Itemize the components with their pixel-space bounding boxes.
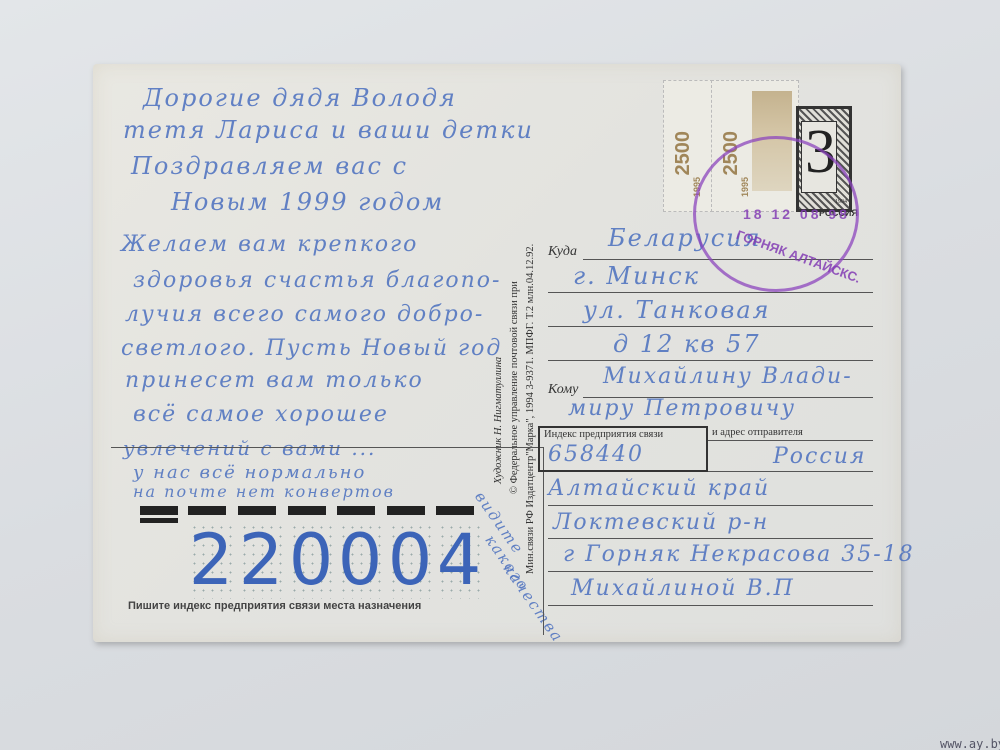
message-line: здоровья счастья благопо- <box>133 268 501 293</box>
message-line: Дорогие дядя Володя <box>143 84 457 112</box>
to-address-line: ул. Танковая <box>583 296 771 324</box>
watermark: www.ay.by <box>940 737 1000 750</box>
message-line: светлого. Пусть Новый год <box>121 336 502 361</box>
address-line <box>548 505 873 506</box>
sender-address-line: г Горняк Некрасова 35-18 <box>563 542 915 567</box>
message-line: принесет вам только <box>125 368 424 393</box>
index-guide-bar <box>188 506 226 515</box>
address-line <box>548 360 873 361</box>
index-digit: 0 <box>387 521 433 599</box>
sender-address-line: Локтевский р-н <box>553 510 769 535</box>
index-caption: Пишите индекс предприятия связи места на… <box>128 600 421 612</box>
index-digit: 2 <box>188 521 234 599</box>
message-line: тетя Лариса и ваши детки <box>123 116 534 144</box>
message-line: увлечений с вами ... <box>123 436 376 460</box>
sender-index-label: Индекс предприятия связи <box>544 429 663 440</box>
index-guide-bar <box>238 506 276 515</box>
message-line: Новым 1999 годом <box>171 188 444 216</box>
sender-address-label: и адрес отправителя <box>712 427 803 438</box>
address-line <box>548 538 873 539</box>
to-label: Куда <box>548 244 577 260</box>
sender-index: 658440 <box>548 442 644 467</box>
message-line: Желаем вам крепкого <box>121 232 418 257</box>
address-line <box>548 605 873 606</box>
message-line: у нас всё нормально <box>133 462 366 483</box>
index-guide-bar <box>140 518 178 523</box>
sender-address-line: Алтайский край <box>548 476 770 501</box>
index-digit: 0 <box>337 521 383 599</box>
recipient-name-line: миру Петровичу <box>568 396 796 421</box>
copyright-line: © Федеральное управление почтовой связи … <box>509 281 520 494</box>
address-line <box>548 571 873 572</box>
index-guide-bar <box>288 506 326 515</box>
index-digit: 0 <box>288 521 334 599</box>
index-guide-bar <box>337 506 375 515</box>
address-line <box>708 471 873 472</box>
index-guide-bar <box>140 506 178 515</box>
to-address-line: д 12 кв 57 <box>613 330 760 358</box>
message-line: лучия всего самого добро- <box>125 302 484 327</box>
sender-address-line: Россия <box>773 444 866 469</box>
message-line: на почте нет конвертов <box>133 482 395 501</box>
message-line: Поздравляем вас с <box>131 152 408 180</box>
index-digit: 2 <box>238 521 284 599</box>
address-line <box>548 326 873 327</box>
index-guide-bar <box>436 506 474 515</box>
publisher-line: Мин.связи РФ Издатцентр"Марка", 1994 3-9… <box>525 244 536 574</box>
postmark-date: 18 12 08 98 <box>743 206 850 222</box>
recipient-name-line: Михайлину Влади- <box>603 364 853 389</box>
artist-credit: Художник Н. Нигматуллина <box>493 357 504 484</box>
frame-line <box>543 447 544 635</box>
address-line <box>708 440 873 441</box>
frame-line <box>111 447 543 448</box>
index-guide-bar <box>387 506 425 515</box>
message-line: всё самое хорошее <box>133 402 389 427</box>
to-address-line: г. Минск <box>573 262 700 290</box>
postcard: Дорогие дядя Володятетя Лариса и ваши де… <box>93 64 901 642</box>
address-line <box>548 292 873 293</box>
sender-address-line: Михайлиной В.П <box>571 576 795 601</box>
index-digit: 4 <box>436 521 482 599</box>
